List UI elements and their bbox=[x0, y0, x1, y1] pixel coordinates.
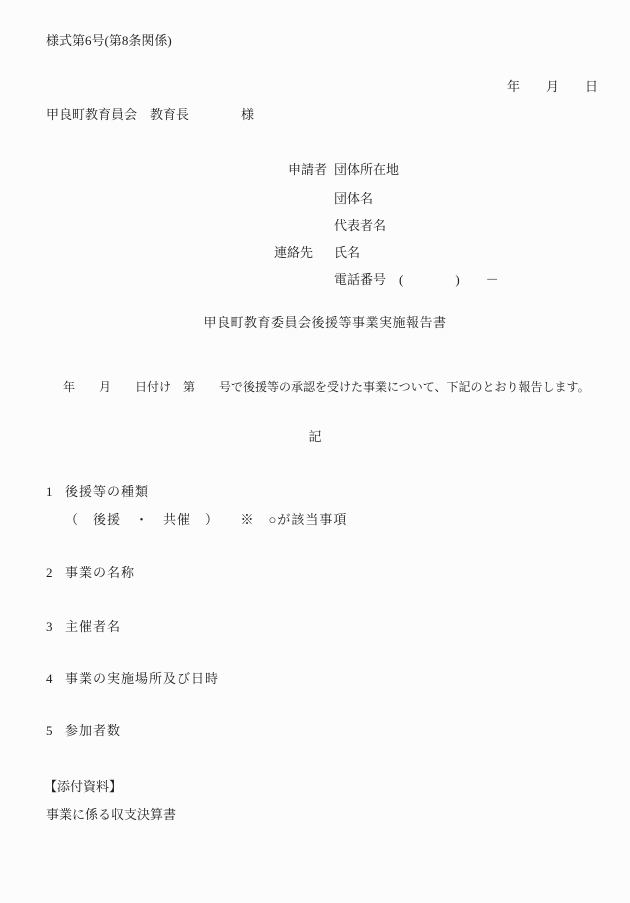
contact-label: 連絡先 bbox=[274, 246, 313, 261]
body-text: 年 月 日付け 第 号で後援等の承認を受けた事業について、下記のとおり報告します… bbox=[63, 381, 590, 395]
applicant-address-label: 団体所在地 bbox=[334, 163, 399, 178]
applicant-org-label: 団体名 bbox=[334, 192, 373, 207]
applicant-row-org: 団体名 bbox=[0, 192, 630, 210]
contact-row-name: 連絡先 氏名 bbox=[0, 246, 630, 264]
item-1-label: 後援等の種類 bbox=[65, 485, 149, 500]
item-5-row: 5 参加者数 bbox=[0, 724, 630, 742]
contact-phone-label: 電話番号 ( ) － bbox=[334, 273, 499, 288]
item-5-label: 参加者数 bbox=[65, 724, 121, 739]
item-1-row: 1 後援等の種類 bbox=[0, 485, 630, 503]
date-line: 年 月 日 bbox=[507, 80, 598, 95]
applicant-role-label: 申請者 bbox=[288, 163, 327, 178]
contact-name-label: 氏名 bbox=[334, 246, 360, 261]
addressee-line: 甲良町教育員会 教育長 様 bbox=[46, 108, 254, 123]
item-5-number: 5 bbox=[46, 724, 54, 739]
form-number: 様式第6号(第8条関係) bbox=[46, 34, 172, 49]
contact-row-phone: 電話番号 ( ) － bbox=[0, 273, 630, 291]
applicant-row-address: 申請者 団体所在地 bbox=[0, 163, 630, 181]
item-2-row: 2 事業の名称 bbox=[0, 566, 630, 584]
applicant-representative-label: 代表者名 bbox=[334, 219, 386, 234]
record-marker: 記 bbox=[0, 430, 630, 445]
item-3-number: 3 bbox=[46, 620, 54, 635]
item-1-number: 1 bbox=[46, 485, 54, 500]
attachment-item: 事業に係る収支決算書 bbox=[46, 808, 176, 823]
item-3-label: 主催者名 bbox=[65, 620, 121, 635]
item-2-number: 2 bbox=[46, 566, 54, 581]
report-form-page: 様式第6号(第8条関係) 年 月 日 甲良町教育員会 教育長 様 申請者 団体所… bbox=[0, 0, 630, 903]
attachments-header: 【添付資料】 bbox=[44, 780, 122, 795]
item-4-label: 事業の実施場所及び日時 bbox=[65, 672, 219, 687]
item-4-number: 4 bbox=[46, 672, 54, 687]
item-3-row: 3 主催者名 bbox=[0, 620, 630, 638]
item-1-detail: （ 後援 ・ 共催 ） ※ ○が該当事項 bbox=[65, 513, 347, 528]
applicant-row-representative: 代表者名 bbox=[0, 219, 630, 237]
item-2-label: 事業の名称 bbox=[65, 566, 135, 581]
item-4-row: 4 事業の実施場所及び日時 bbox=[0, 672, 630, 690]
document-title: 甲良町教育委員会後援等事業実施報告書 bbox=[20, 316, 630, 331]
